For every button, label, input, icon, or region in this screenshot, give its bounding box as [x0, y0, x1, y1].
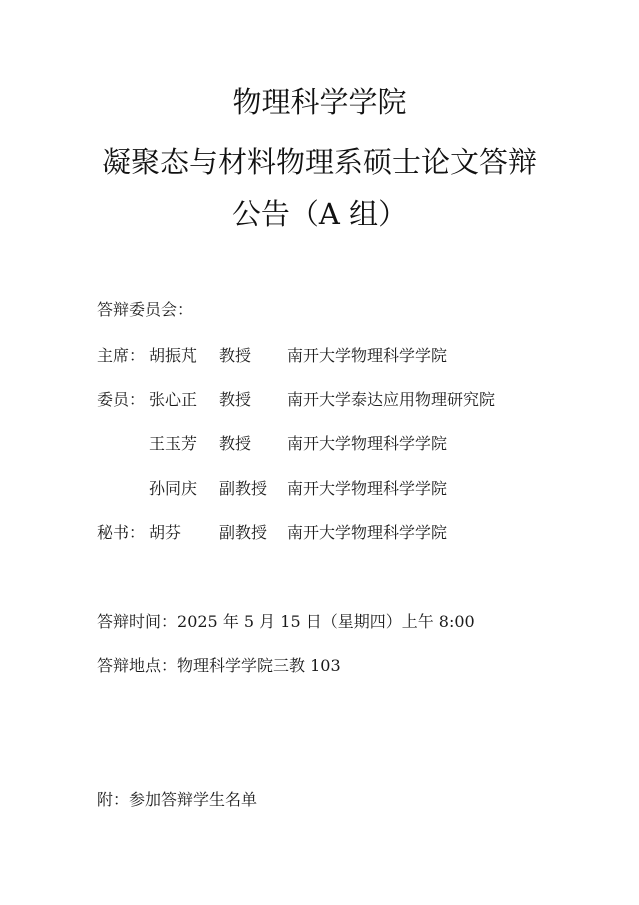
- member-name: 胡振芃: [149, 346, 197, 366]
- defense-time-value: 2025 年 5 月 15 日（星期四）上午 8:00: [177, 612, 475, 631]
- defense-time: 答辩时间：2025 年 5 月 15 日（星期四）上午 8:00: [97, 612, 475, 632]
- member-institution: 南开大学物理科学学院: [287, 346, 447, 366]
- member-title: 教授: [219, 434, 251, 454]
- member-title: 教授: [219, 390, 251, 410]
- member-name: 胡芬: [149, 523, 181, 543]
- member-role: 主席：: [97, 346, 145, 366]
- school-name: 物理科学学院: [0, 84, 639, 120]
- member-name: 孙同庆: [149, 479, 197, 499]
- member-role: 秘书：: [97, 523, 145, 543]
- member-name: 王玉芳: [149, 434, 197, 454]
- defense-place: 答辩地点：物理科学学院三教 103: [97, 656, 341, 676]
- member-title: 副教授: [219, 479, 267, 499]
- announcement-subtitle: 公告（A 组）: [0, 196, 639, 232]
- member-institution: 南开大学物理科学学院: [287, 523, 447, 543]
- member-title: 教授: [219, 346, 251, 366]
- member-name: 张心正: [149, 390, 197, 410]
- announcement-title: 凝聚态与材料物理系硕士论文答辩: [0, 144, 639, 180]
- member-institution: 南开大学物理科学学院: [287, 479, 447, 499]
- member-institution: 南开大学泰达应用物理研究院: [287, 390, 495, 410]
- defense-time-label: 答辩时间：: [97, 612, 177, 631]
- defense-place-value: 物理科学学院三教 103: [177, 656, 341, 675]
- member-institution: 南开大学物理科学学院: [287, 434, 447, 454]
- defense-place-label: 答辩地点：: [97, 656, 177, 675]
- appendix-note: 附：参加答辩学生名单: [97, 790, 257, 810]
- member-title: 副教授: [219, 523, 267, 543]
- committee-heading: 答辩委员会：: [97, 300, 193, 320]
- member-role: 委员：: [97, 390, 145, 410]
